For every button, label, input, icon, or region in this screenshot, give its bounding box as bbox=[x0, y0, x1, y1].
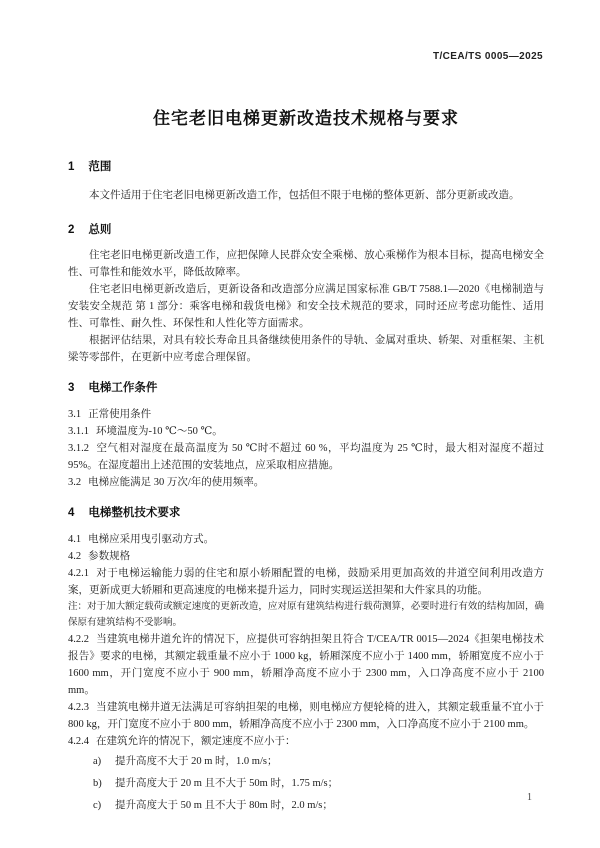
clause-4-2-3-number: 4.2.3 bbox=[68, 702, 89, 713]
page-number: 1 bbox=[527, 792, 532, 803]
section-2-number: 2 bbox=[68, 224, 74, 236]
list-item-c-text: 提升高度大于 50 m 且不大于 80m 时，2.0 m/s； bbox=[115, 797, 333, 814]
section-2-title: 总则 bbox=[88, 224, 111, 236]
section-2-paragraph-2: 住宅老旧电梯更新改造后，更新设备和改造部分应满足国家标准 GB/T 7588.1… bbox=[68, 281, 544, 332]
rated-speed-list: a) 提升高度不大于 20 m 时，1.0 m/s； b) 提升高度大于 20 … bbox=[68, 753, 544, 814]
section-1-title: 范围 bbox=[88, 161, 111, 173]
clause-4-2-2: 4.2.2当建筑电梯井道允许的情况下，应提供可容纳担架且符合 T/CEA/TR … bbox=[68, 631, 544, 699]
section-2-paragraph-3: 根据评估结果，对具有较长寿命且具备继续使用条件的导轨、金属对重块、轿架、对重框架… bbox=[68, 332, 544, 366]
list-item-c-label: c) bbox=[93, 797, 115, 814]
clause-4-2-text: 参数规格 bbox=[88, 551, 130, 562]
clause-4-2-4-text: 在建筑允许的情况下，额定速度不应小于： bbox=[96, 736, 296, 747]
document-title: 住宅老旧电梯更新改造技术规格与要求 bbox=[68, 108, 544, 130]
clause-4-2-2-number: 4.2.2 bbox=[68, 634, 89, 645]
section-1-heading: 1范围 bbox=[68, 160, 544, 174]
clause-4-1: 4.1电梯应采用曳引驱动方式。 bbox=[68, 531, 544, 548]
clause-4-2-4: 4.2.4在建筑允许的情况下，额定速度不应小于： bbox=[68, 733, 544, 750]
list-item-b: b) 提升高度大于 20 m 且不大于 50m 时，1.75 m/s； bbox=[68, 775, 544, 792]
list-item-a-text: 提升高度不大于 20 m 时，1.0 m/s； bbox=[115, 753, 277, 770]
clause-3-1-1-number: 3.1.1 bbox=[68, 426, 89, 437]
clause-4-2-1-text: 对于电梯运输能力弱的住宅和原小轿厢配置的电梯，鼓励采用更加高效的井道空间利用改造… bbox=[68, 568, 544, 596]
section-1-number: 1 bbox=[68, 161, 74, 173]
section-4-number: 4 bbox=[68, 507, 74, 519]
clause-4-1-text: 电梯应采用曳引驱动方式。 bbox=[88, 534, 214, 545]
clause-4-2-3: 4.2.3当建筑电梯井道无法满足可容纳担架的电梯，则电梯应方便轮椅的进入，其额定… bbox=[68, 699, 544, 733]
clause-3-1-1-text: 环境温度为-10 ℃～50 ℃。 bbox=[96, 426, 223, 437]
clause-4-2-1-number: 4.2.1 bbox=[68, 568, 89, 579]
clause-3-2-number: 3.2 bbox=[68, 477, 81, 488]
clause-4-2-1-note: 注：对于加大额定载荷或额定速度的更新改造，应对原有建筑结构进行载荷测算，必要时进… bbox=[68, 599, 544, 631]
list-item-a: a) 提升高度不大于 20 m 时，1.0 m/s； bbox=[68, 753, 544, 770]
section-3-number: 3 bbox=[68, 382, 74, 394]
section-1-paragraph: 本文件适用于住宅老旧电梯更新改造工作，包括但不限于电梯的整体更新、部分更新或改造… bbox=[68, 187, 544, 204]
clause-3-1-text: 正常使用条件 bbox=[88, 409, 151, 420]
document-content: 住宅老旧电梯更新改造技术规格与要求 1范围 本文件适用于住宅老旧电梯更新改造工作… bbox=[68, 0, 544, 819]
list-item-c: c) 提升高度大于 50 m 且不大于 80m 时，2.0 m/s； bbox=[68, 797, 544, 814]
clause-4-2: 4.2参数规格 bbox=[68, 548, 544, 565]
section-3-title: 电梯工作条件 bbox=[88, 382, 157, 394]
clause-4-2-4-number: 4.2.4 bbox=[68, 736, 89, 747]
section-2-paragraph-1: 住宅老旧电梯更新改造工作，应把保障人民群众安全乘梯、放心乘梯作为根本目标，提高电… bbox=[68, 247, 544, 281]
list-item-b-text: 提升高度大于 20 m 且不大于 50m 时，1.75 m/s； bbox=[115, 775, 338, 792]
clause-3-1-2-text: 空气相对湿度在最高温度为 50 ℃时不超过 60 %，平均温度为 25 ℃时，最… bbox=[68, 443, 544, 471]
section-2-heading: 2总则 bbox=[68, 223, 544, 237]
clause-3-1-1: 3.1.1环境温度为-10 ℃～50 ℃。 bbox=[68, 423, 544, 440]
clause-4-2-number: 4.2 bbox=[68, 551, 81, 562]
clause-3-1-2: 3.1.2空气相对湿度在最高温度为 50 ℃时不超过 60 %，平均温度为 25… bbox=[68, 440, 544, 474]
section-4-title: 电梯整机技术要求 bbox=[88, 507, 180, 519]
clause-3-1-number: 3.1 bbox=[68, 409, 81, 420]
section-3-heading: 3电梯工作条件 bbox=[68, 381, 544, 395]
clause-3-2: 3.2电梯应能满足 30 万次/年的使用频率。 bbox=[68, 474, 544, 491]
document-page: T/CEA/TS 0005—2025 住宅老旧电梯更新改造技术规格与要求 1范围… bbox=[0, 0, 600, 848]
list-item-b-label: b) bbox=[93, 775, 115, 792]
section-4-heading: 4电梯整机技术要求 bbox=[68, 506, 544, 520]
clause-4-2-3-text: 当建筑电梯井道无法满足可容纳担架的电梯，则电梯应方便轮椅的进入，其额定载重量不宜… bbox=[68, 702, 544, 730]
list-item-a-label: a) bbox=[93, 753, 115, 770]
clause-4-1-number: 4.1 bbox=[68, 534, 81, 545]
clause-3-1-2-number: 3.1.2 bbox=[68, 443, 89, 454]
clause-4-2-1: 4.2.1对于电梯运输能力弱的住宅和原小轿厢配置的电梯，鼓励采用更加高效的井道空… bbox=[68, 565, 544, 599]
clause-4-2-2-text: 当建筑电梯井道允许的情况下，应提供可容纳担架且符合 T/CEA/TR 0015—… bbox=[68, 634, 544, 696]
clause-3-2-text: 电梯应能满足 30 万次/年的使用频率。 bbox=[88, 477, 264, 488]
clause-3-1: 3.1正常使用条件 bbox=[68, 406, 544, 423]
